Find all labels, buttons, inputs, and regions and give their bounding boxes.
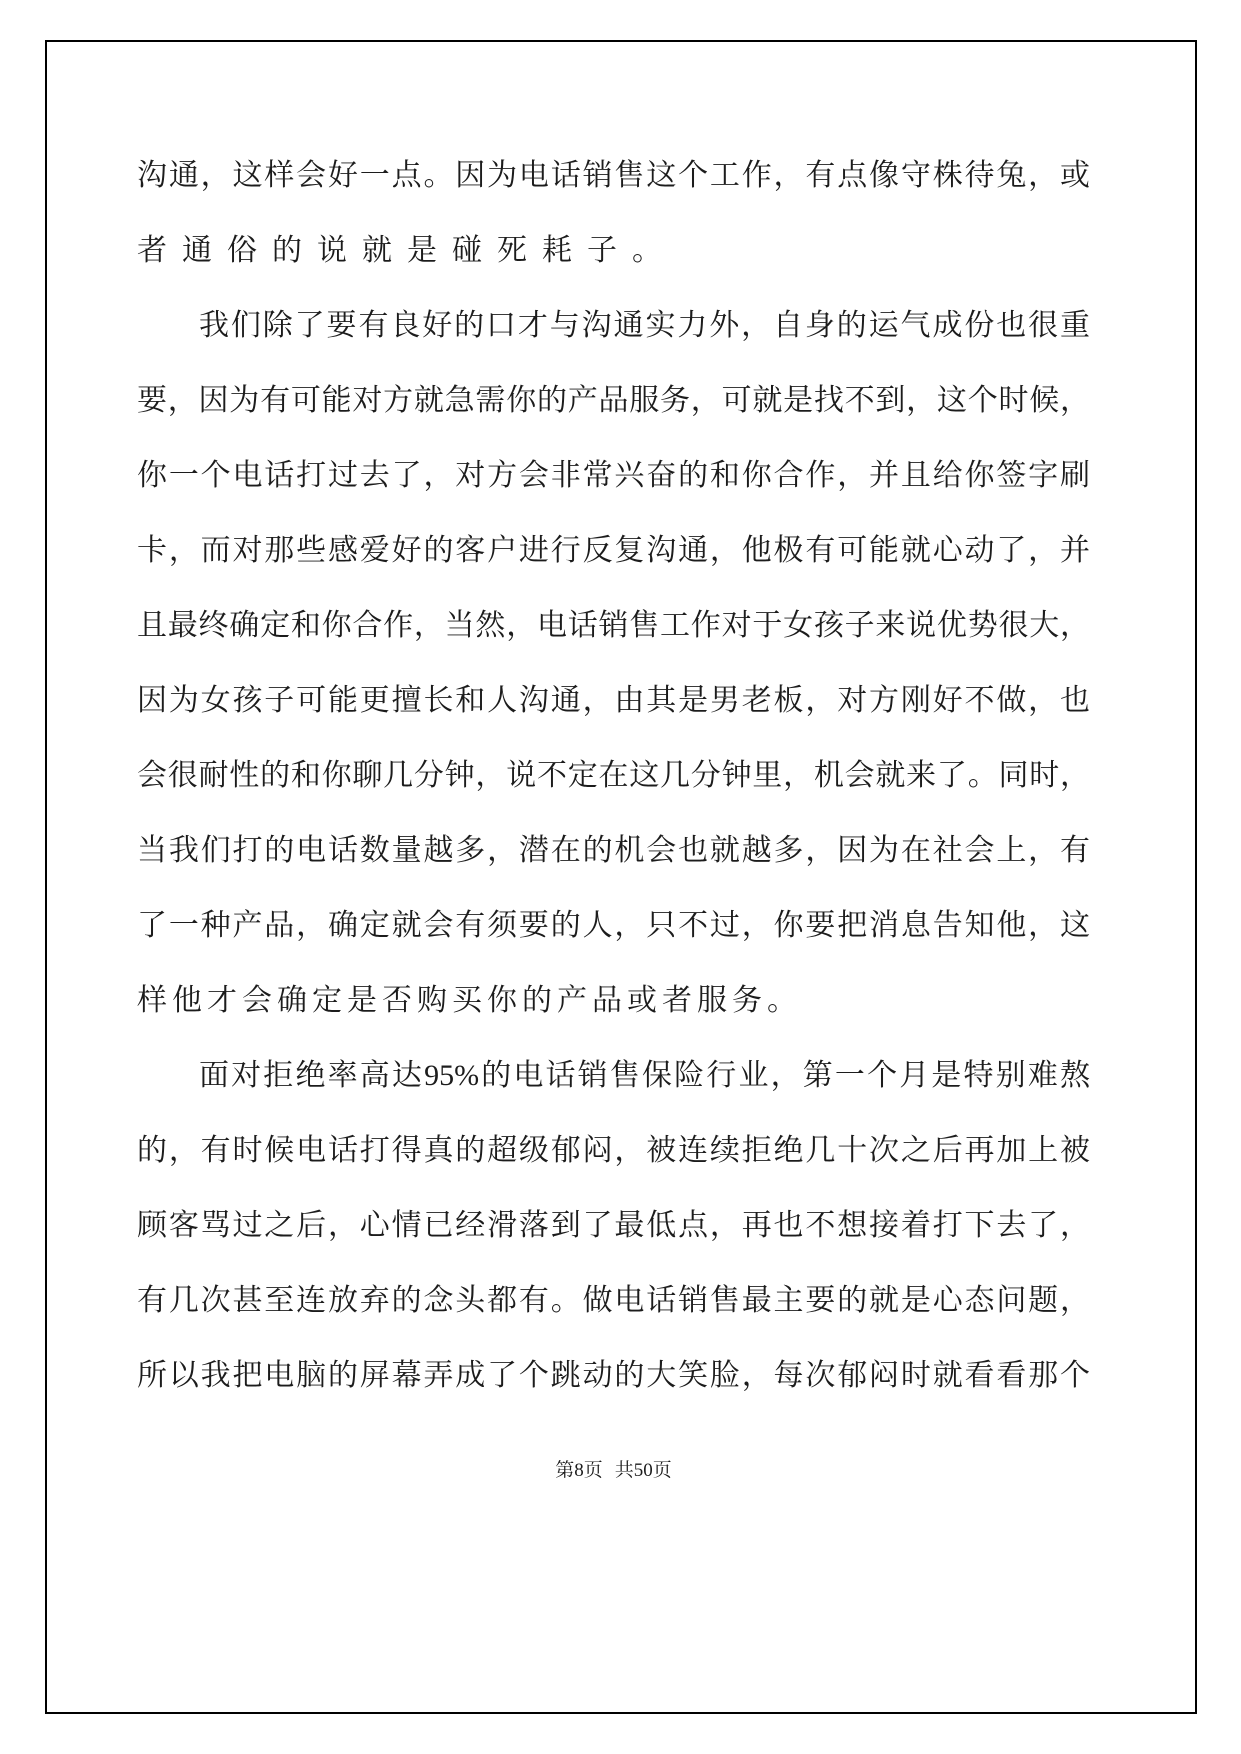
text-line: 有几次甚至连放弃的念头都有。做电话销售最主要的就是心态问题， <box>137 1263 1090 1338</box>
text-line: 当我们打的电话数量越多，潜在的机会也就越多，因为在社会上，有 <box>137 813 1090 888</box>
text-line: 的，有时候电话打得真的超级郁闷，被连续拒绝几十次之后再加上被 <box>137 1113 1090 1188</box>
current-page-label: 第8页 <box>555 1460 603 1481</box>
text-line: 了一种产品，确定就会有须要的人，只不过，你要把消息告知他，这 <box>137 888 1090 963</box>
text-line: 顾客骂过之后，心情已经滑落到了最低点，再也不想接着打下去了， <box>137 1188 1090 1263</box>
page-body-text: 沟通，这样会好一点。因为电话销售这个工作，有点像守株待兔，或者通俗的说就是碰死耗… <box>137 138 1090 1413</box>
text-line: 样他才会确定是否购买你的产品或者服务。 <box>137 963 1090 1038</box>
total-pages-label: 共50页 <box>615 1460 672 1481</box>
page-footer: 第8页共50页 <box>137 1455 1090 1482</box>
text-line: 因为女孩子可能更擅长和人沟通，由其是男老板，对方刚好不做，也 <box>137 663 1090 738</box>
text-line: 者通俗的说就是碰死耗子。 <box>137 213 1090 288</box>
text-line: 要，因为有可能对方就急需你的产品服务，可就是找不到，这个时候， <box>137 363 1090 438</box>
text-line: 且最终确定和你合作，当然，电话销售工作对于女孩子来说优势很大， <box>137 588 1090 663</box>
text-line: 沟通，这样会好一点。因为电话销售这个工作，有点像守株待兔，或 <box>137 138 1090 213</box>
document-page: 沟通，这样会好一点。因为电话销售这个工作，有点像守株待兔，或者通俗的说就是碰死耗… <box>0 0 1241 1754</box>
text-line: 会很耐性的和你聊几分钟，说不定在这几分钟里，机会就来了。同时， <box>137 738 1090 813</box>
text-line: 所以我把电脑的屏幕弄成了个跳动的大笑脸，每次郁闷时就看看那个 <box>137 1338 1090 1413</box>
text-line: 你一个电话打过去了，对方会非常兴奋的和你合作，并且给你签字刷 <box>137 438 1090 513</box>
text-line: 卡，而对那些感爱好的客户进行反复沟通，他极有可能就心动了，并 <box>137 513 1090 588</box>
text-line: 我们除了要有良好的口才与沟通实力外，自身的运气成份也很重 <box>137 288 1090 363</box>
text-line: 面对拒绝率高达95%的电话销售保险行业，第一个月是特别难熬 <box>137 1038 1090 1113</box>
